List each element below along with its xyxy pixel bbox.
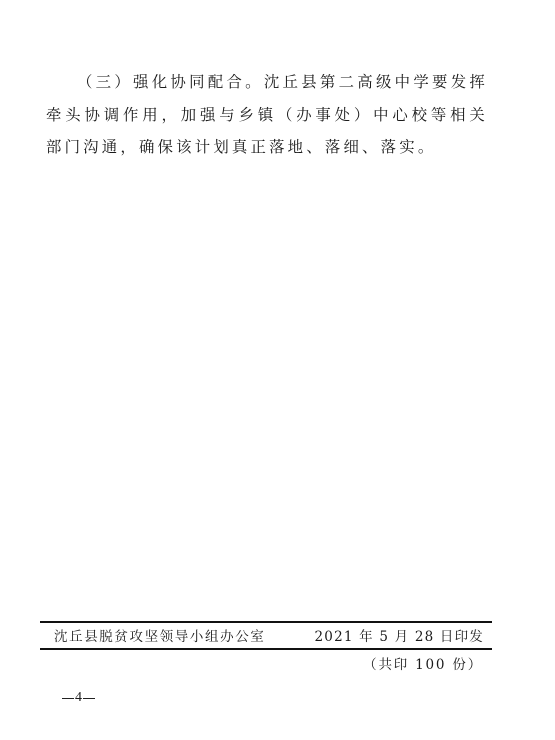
footer-bottom-rule [40, 648, 492, 650]
issue-date: 2021 年 5 月 28 日印发 [315, 625, 484, 645]
issuing-office: 沈丘县脱贫攻坚领导小组办公室 [54, 625, 265, 645]
paragraph-strengthen-coordination: （三）强化协同配合。沈丘县第二高级中学要发挥牵头协调作用，加强与乡镇（办事处）中… [46, 66, 488, 164]
page-number: 4 [62, 690, 95, 706]
issuance-info-row: 沈丘县脱贫攻坚领导小组办公室 2021 年 5 月 28 日印发 [54, 624, 484, 646]
page-number-value: 4 [74, 690, 83, 706]
document-body: （三）强化协同配合。沈丘县第二高级中学要发挥牵头协调作用，加强与乡镇（办事处）中… [46, 66, 488, 164]
page-number-right-dash [83, 698, 95, 699]
footer-top-rule [40, 621, 492, 623]
document-page: （三）强化协同配合。沈丘县第二高级中学要发挥牵头协调作用，加强与乡镇（办事处）中… [0, 0, 555, 740]
page-number-left-dash [62, 698, 74, 699]
print-copies-count: （共印 100 份） [363, 653, 483, 673]
